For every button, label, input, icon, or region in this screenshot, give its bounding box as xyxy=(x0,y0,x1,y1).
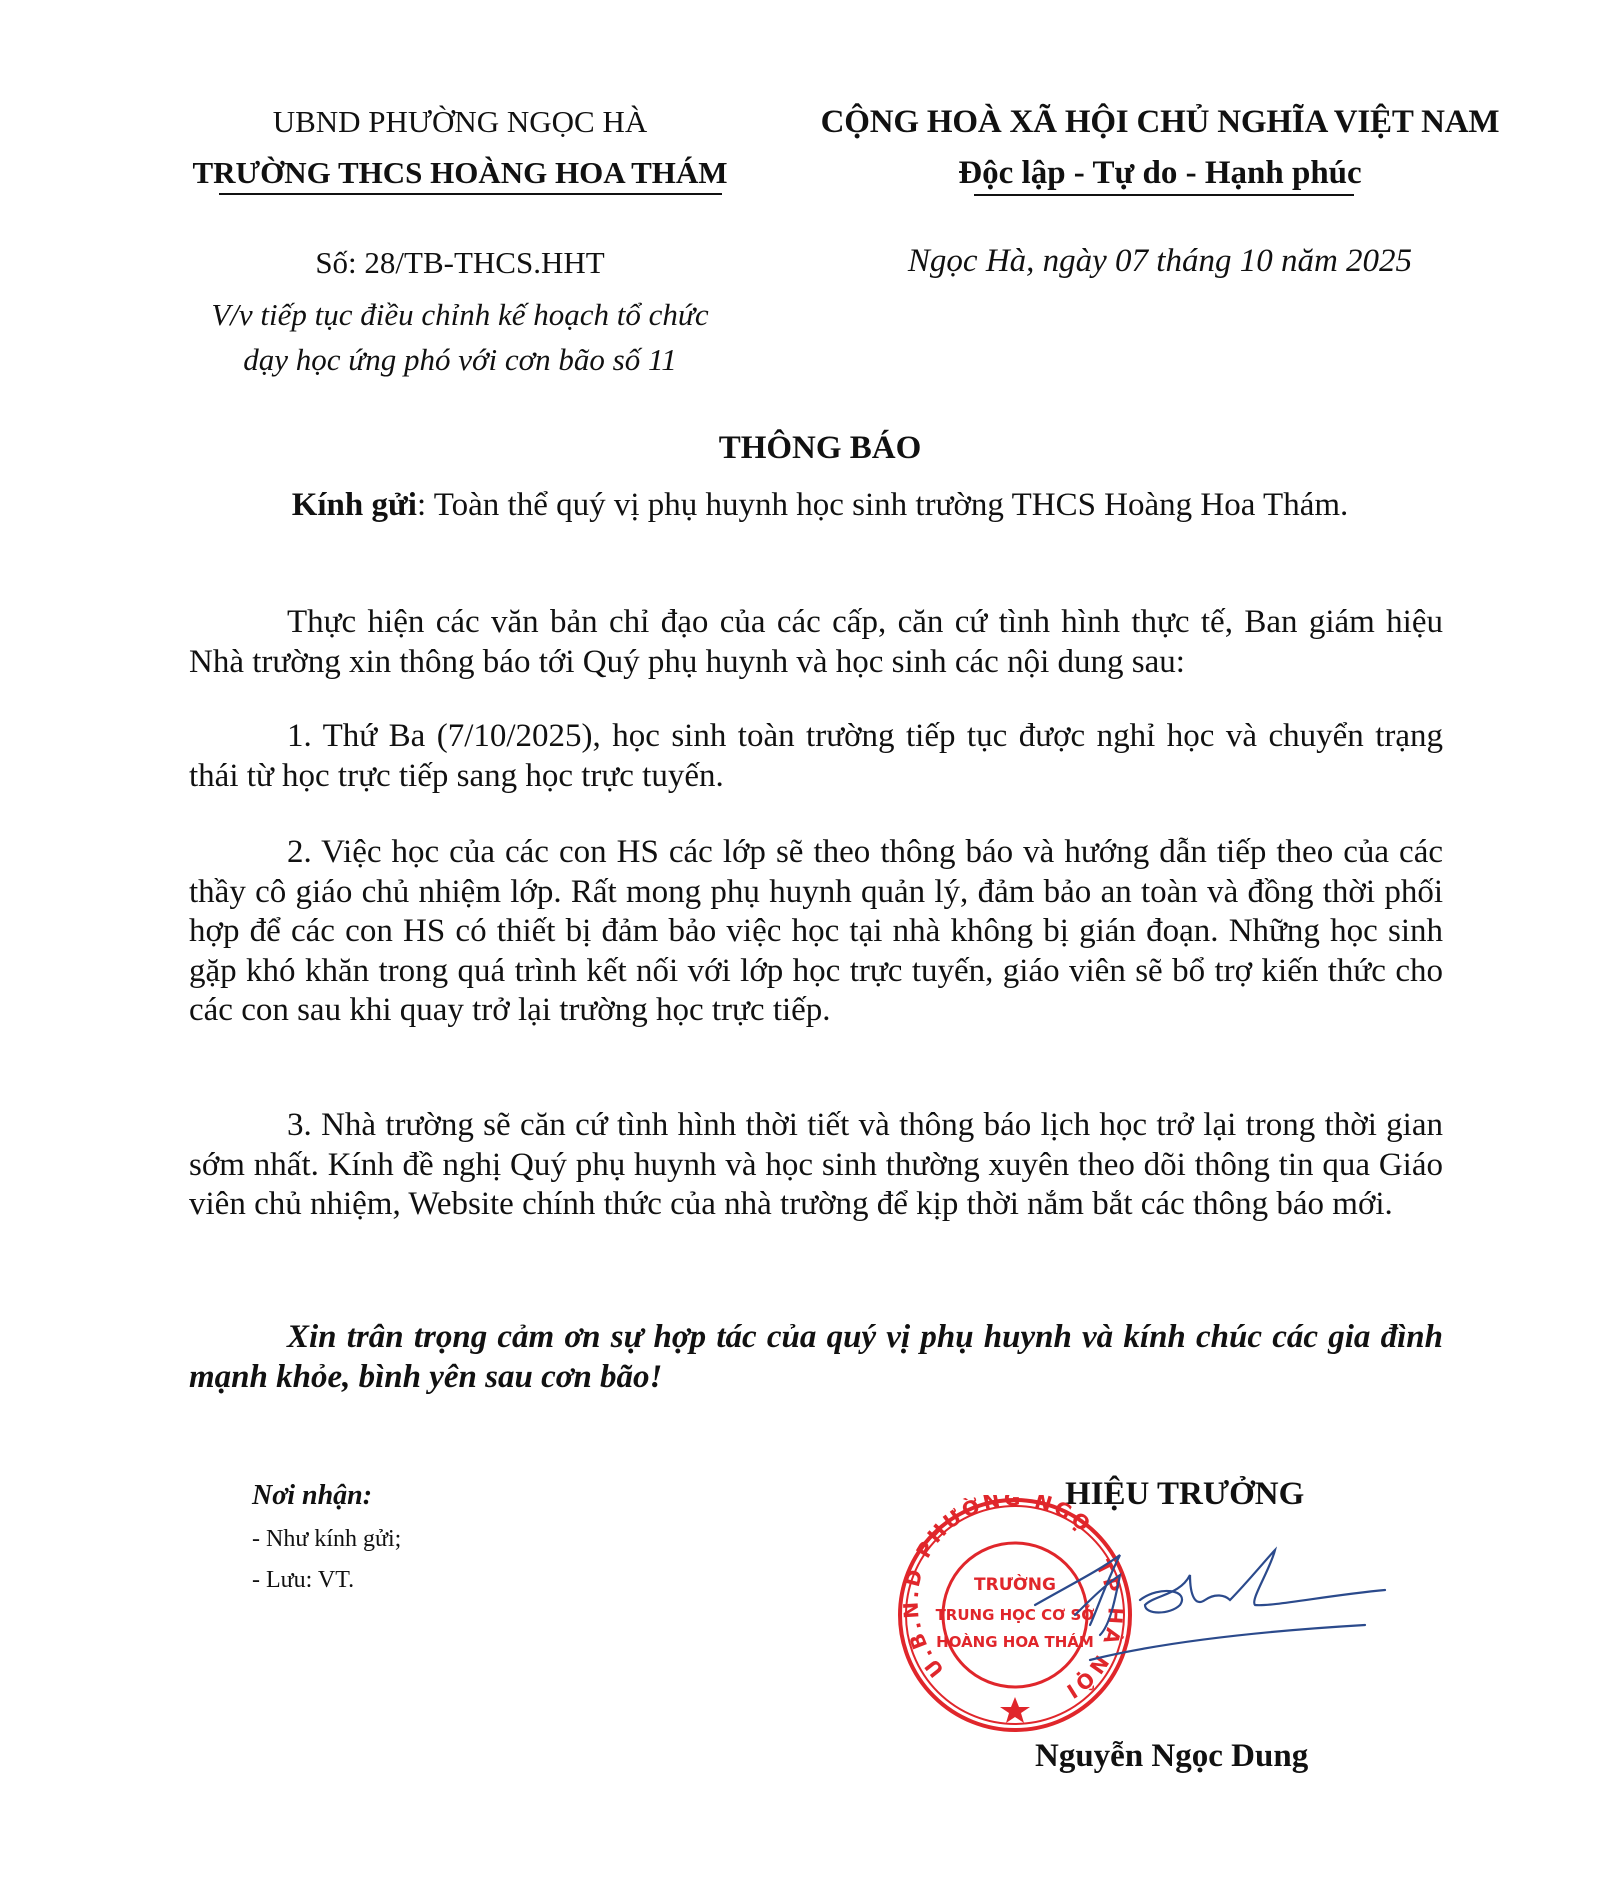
recipient-item: - Lưu: VT. xyxy=(252,1567,401,1594)
item-1-text: 1. Thứ Ba (7/10/2025), học sinh toàn trư… xyxy=(189,717,1443,796)
recipients-title: Nơi nhận: xyxy=(252,1480,401,1512)
signer-name: Nguyễn Ngọc Dung xyxy=(1035,1738,1308,1775)
item-3-text: 3. Nhà trường sẽ căn cứ tình hình thời t… xyxy=(189,1106,1443,1225)
recipient-text: : Toàn thể quý vị phụ huynh học sinh trư… xyxy=(417,487,1348,523)
subject-line-2: dạy học ứng phó với cơn bão số 11 xyxy=(150,337,770,382)
intro-paragraph: Thực hiện các văn bản chỉ đạo của các cấ… xyxy=(189,603,1443,682)
school-name: TRƯỜNG THCS HOÀNG HOA THÁM xyxy=(192,155,727,191)
issuing-authority: UBND PHƯỜNG NGỌC HÀ xyxy=(150,104,770,140)
recipient-item: - Như kính gửi; xyxy=(252,1526,401,1553)
closing-text: Xin trân trọng cảm ơn sự hợp tác của quý… xyxy=(189,1318,1443,1397)
item-2: 2. Việc học của các con HS các lớp sẽ th… xyxy=(189,833,1443,1031)
item-3: 3. Nhà trường sẽ căn cứ tình hình thời t… xyxy=(189,1106,1443,1225)
school-name-wrap: TRƯỜNG THCS HOÀNG HOA THÁM xyxy=(150,155,770,191)
recipient-label: Kính gửi xyxy=(292,487,417,523)
recipient-line: Kính gửi: Toàn thể quý vị phụ huynh học … xyxy=(0,487,1600,524)
national-motto: Độc lập - Tự do - Hạnh phúc xyxy=(958,155,1361,192)
item-2-text: 2. Việc học của các con HS các lớp sẽ th… xyxy=(189,833,1443,1031)
document-number: Số: 28/TB-THCS.HHT xyxy=(150,245,770,281)
national-motto-wrap: Độc lập - Tự do - Hạnh phúc xyxy=(770,155,1550,192)
notice-title: THÔNG BÁO xyxy=(0,430,1600,467)
closing-paragraph: Xin trân trọng cảm ơn sự hợp tác của quý… xyxy=(189,1318,1443,1397)
document-subject: V/v tiếp tục điều chỉnh kế hoạch tổ chức… xyxy=(150,292,770,382)
national-title: CỘNG HOÀ XÃ HỘI CHỦ NGHĨA VIỆT NAM xyxy=(770,104,1550,141)
item-1: 1. Thứ Ba (7/10/2025), học sinh toàn trư… xyxy=(189,717,1443,796)
subject-line-1: V/v tiếp tục điều chỉnh kế hoạch tổ chức xyxy=(150,292,770,337)
place-date: Ngọc Hà, ngày 07 tháng 10 năm 2025 xyxy=(770,243,1550,280)
signature-scribble-icon xyxy=(1030,1545,1390,1675)
recipients-block: Nơi nhận: - Như kính gửi; - Lưu: VT. xyxy=(252,1480,401,1594)
intro-text: Thực hiện các văn bản chỉ đạo của các cấ… xyxy=(189,603,1443,682)
